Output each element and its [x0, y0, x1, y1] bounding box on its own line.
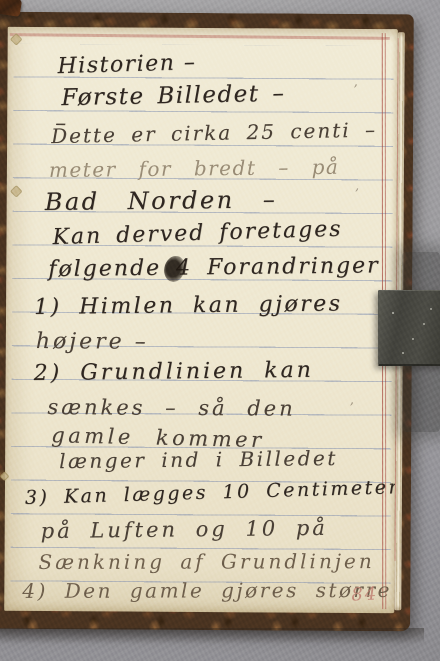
page-number: 84 [351, 583, 379, 605]
handwritten-line-13: længer ind i Billedet [59, 446, 338, 473]
stray-pen-mark: ’ [355, 187, 359, 202]
book-shadow [0, 628, 424, 644]
binding-stitch [0, 471, 10, 481]
handwritten-line-5: Bad Norden – [45, 185, 278, 216]
handwritten-line-9: højere – [36, 329, 149, 355]
notebook-page: Historien – Første Billedet – – Dette er… [4, 27, 398, 613]
handwritten-line-17: 4) Den gamle gjøres større [22, 578, 392, 603]
page-top-red-stain [10, 33, 390, 39]
binding-stitch [10, 185, 23, 198]
handwritten-line-2: Første Billedet – [61, 81, 285, 111]
handwritten-line-1: Historien – [57, 50, 197, 79]
handwritten-line-16: Sænkning af Grundlinjen [38, 549, 374, 574]
handwritten-line-10: 2) Grundlinien kan [34, 358, 314, 386]
spine-corner [0, 0, 22, 17]
handwritten-line-8: 1) Himlen kan gjøres [34, 291, 343, 319]
handwritten-line-4: meter for bredt – på [49, 155, 340, 182]
stray-pen-mark: ’ [353, 83, 357, 98]
notebook-photo: Historien – Første Billedet – – Dette er… [0, 0, 440, 661]
handwritten-line-7: følgende 4 Forandringer [48, 253, 380, 282]
handwritten-line-11: sænkes – så den [47, 395, 295, 421]
book-cover: Historien – Første Billedet – – Dette er… [0, 12, 414, 632]
handwritten-line-15: på Luften og 10 på [41, 516, 328, 543]
metal-clip [378, 290, 440, 366]
handwritten-line-14: 3) Kan lægges 10 Centimeter [25, 476, 401, 509]
handwritten-line-6: Kan derved foretages [52, 217, 343, 250]
stray-pen-mark: ’ [349, 401, 353, 416]
handwritten-line-3: Dette er cirka 25 centi – [51, 118, 377, 149]
